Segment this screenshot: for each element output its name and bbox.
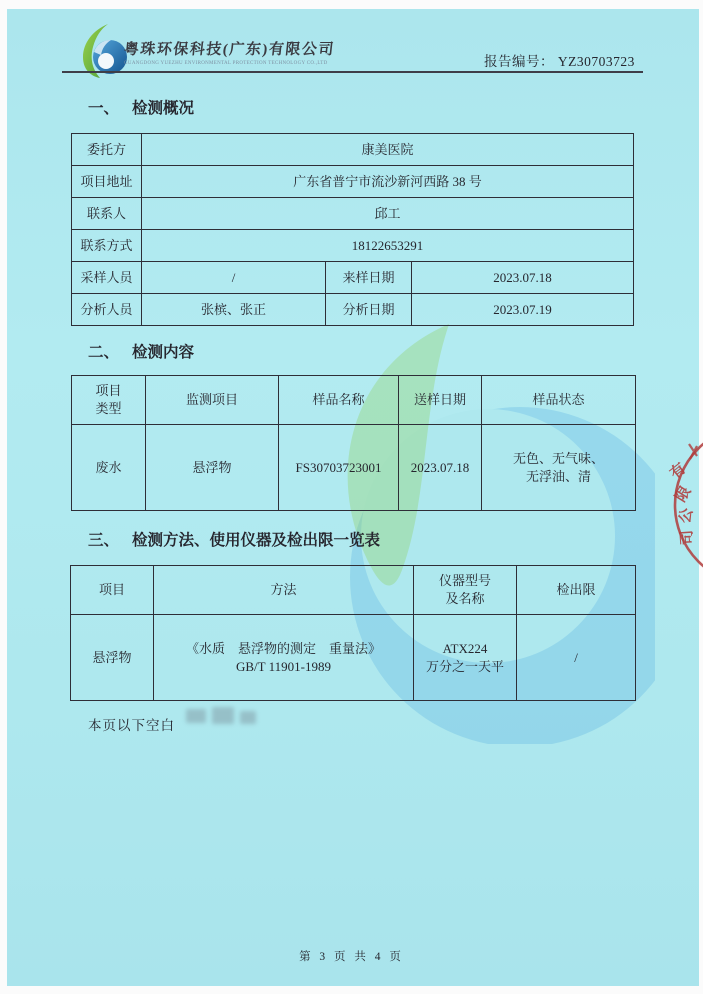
overview-table: 委托方 康美医院 项目地址 广东省普宁市流沙新河西路 38 号 联系人 邱工 联… <box>71 133 634 326</box>
table-row: 项目地址 广东省普宁市流沙新河西路 38 号 <box>72 166 634 198</box>
field-label: 来样日期 <box>326 262 412 294</box>
column-header: 样品名称 <box>279 376 399 425</box>
ink-smudge <box>184 705 262 731</box>
company-name: 粤珠环保科技(广东)有限公司 <box>123 38 336 59</box>
table-cell: / <box>517 615 636 701</box>
column-header: 项目 <box>71 566 154 615</box>
section-heading-method: 三、 检测方法、使用仪器及检出限一览表 <box>88 528 380 550</box>
seal-char: 公 <box>676 505 696 525</box>
field-label: 采样人员 <box>72 262 142 294</box>
field-value: 邱工 <box>142 198 634 230</box>
report-number-value: YZ30703723 <box>558 54 635 69</box>
report-page: 粤珠环保科技(广东)有限公司 GUANGDONG YUEZHU ENVIRONM… <box>0 0 703 994</box>
seal-char: 司 <box>677 529 696 545</box>
table-cell: FS30703723001 <box>279 425 399 511</box>
section-number: 一、 <box>88 96 132 118</box>
column-header: 项目 类型 <box>72 376 146 425</box>
section-title: 检测内容 <box>132 340 194 362</box>
table-row: 悬浮物 《水质 悬浮物的测定 重量法》 GB/T 11901-1989 ATX2… <box>71 615 636 701</box>
table-row: 废水 悬浮物 FS30703723001 2023.07.18 无色、无气味、 … <box>72 425 636 511</box>
page-number: 第 3 页 共 4 页 <box>0 948 703 964</box>
company-seal-stamp: 有 限 公 司 <box>611 398 703 603</box>
section-number: 二、 <box>88 340 132 362</box>
method-table: 项目 方法 仪器型号 及名称 检出限 悬浮物 《水质 悬浮物的测定 重量法》 G… <box>70 565 636 701</box>
field-value: 张槟、张正 <box>142 294 326 326</box>
field-label: 项目地址 <box>72 166 142 198</box>
report-number: 报告编号： YZ30703723 <box>484 50 635 70</box>
section-heading-content: 二、 检测内容 <box>88 340 194 362</box>
table-row: 委托方 康美医院 <box>72 134 634 166</box>
section-number: 三、 <box>88 528 132 550</box>
table-row: 联系方式 18122653291 <box>72 230 634 262</box>
table-header-row: 项目 类型 监测项目 样品名称 送样日期 样品状态 <box>72 376 636 425</box>
section-heading-overview: 一、 检测概况 <box>88 96 194 118</box>
table-cell: 《水质 悬浮物的测定 重量法》 GB/T 11901-1989 <box>154 615 414 701</box>
field-value: 广东省普宁市流沙新河西路 38 号 <box>142 166 634 198</box>
field-value: 2023.07.18 <box>412 262 634 294</box>
column-header: 仪器型号 及名称 <box>414 566 517 615</box>
section-title: 检测概况 <box>132 96 194 118</box>
table-cell: 废水 <box>72 425 146 511</box>
column-header: 监测项目 <box>146 376 279 425</box>
field-label: 分析日期 <box>326 294 412 326</box>
table-row: 采样人员 / 来样日期 2023.07.18 <box>72 262 634 294</box>
column-header: 方法 <box>154 566 414 615</box>
field-value: 18122653291 <box>142 230 634 262</box>
section-title: 检测方法、使用仪器及检出限一览表 <box>132 528 380 550</box>
header-divider <box>62 71 643 73</box>
field-value: 康美医院 <box>142 134 634 166</box>
column-header: 送样日期 <box>399 376 482 425</box>
table-row: 分析人员 张槟、张正 分析日期 2023.07.19 <box>72 294 634 326</box>
blank-note: 本页以下空白 <box>88 714 175 734</box>
field-label: 联系人 <box>72 198 142 230</box>
field-label: 委托方 <box>72 134 142 166</box>
field-label: 分析人员 <box>72 294 142 326</box>
field-value: / <box>142 262 326 294</box>
field-label: 联系方式 <box>72 230 142 262</box>
content-table: 项目 类型 监测项目 样品名称 送样日期 样品状态 废水 悬浮物 FS30703… <box>71 375 636 511</box>
table-cell: ATX224 万分之一天平 <box>414 615 517 701</box>
table-cell: 悬浮物 <box>71 615 154 701</box>
table-row: 联系人 邱工 <box>72 198 634 230</box>
company-header: 粤珠环保科技(广东)有限公司 GUANGDONG YUEZHU ENVIRONM… <box>124 38 335 66</box>
table-header-row: 项目 方法 仪器型号 及名称 检出限 <box>71 566 636 615</box>
report-number-label: 报告编号： <box>484 54 554 69</box>
field-value: 2023.07.19 <box>412 294 634 326</box>
table-cell: 悬浮物 <box>146 425 279 511</box>
table-cell: 2023.07.18 <box>399 425 482 511</box>
company-name-english: GUANGDONG YUEZHU ENVIRONMENTAL PROTECTIO… <box>124 61 335 66</box>
